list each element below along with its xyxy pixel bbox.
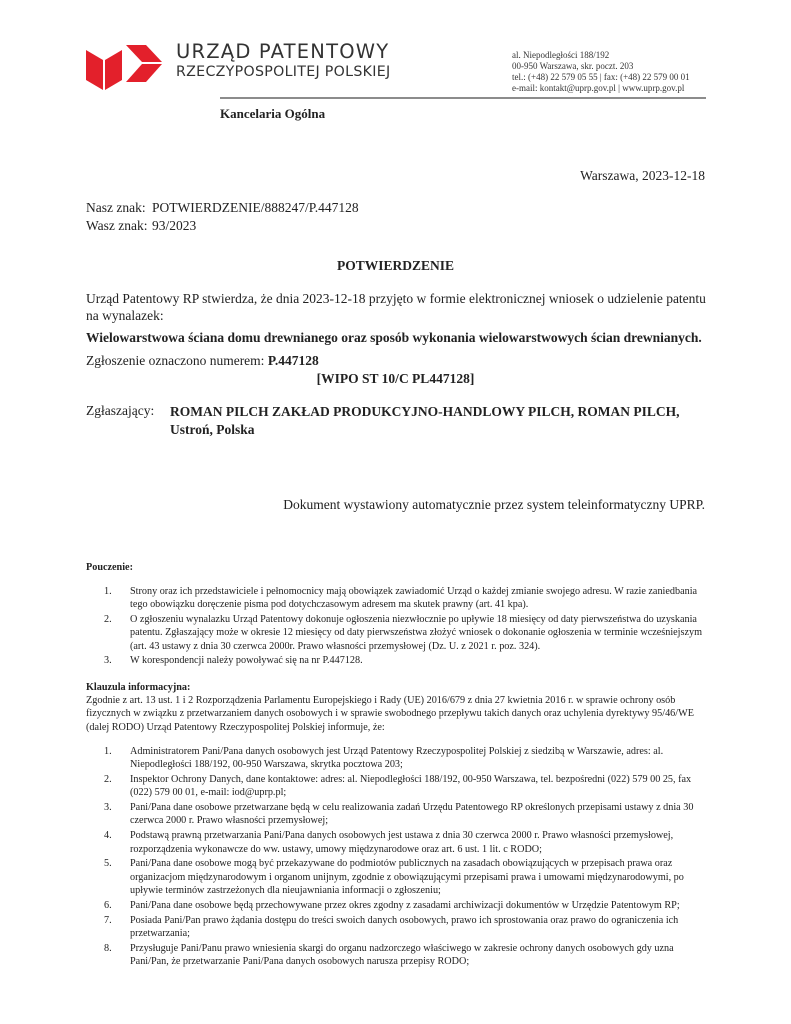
application-number-line: Zgłoszenie oznaczono numerem: P.447128 [86,353,319,369]
list-item: 6.Pani/Pana dane osobowe będą przechowyw… [86,899,711,912]
item-number: 5. [104,857,112,870]
your-ref-label: Wasz znak: [86,217,152,235]
item-text: Strony oraz ich przedstawiciele i pełnom… [130,586,697,610]
applicant: ROMAN PILCH ZAKŁAD PRODUKCYJNO-HANDLOWY … [170,403,710,439]
item-number: 2. [104,613,112,626]
klauzula-list: 1.Administratorem Pani/Pana danych osobo… [86,745,711,968]
list-item: 3.Pani/Pana dane osobowe przetwarzane bę… [86,801,711,828]
pouczenie-heading: Pouczenie: [86,561,133,574]
contact-block: al. Niepodległości 188/192 00-950 Warsza… [512,50,690,94]
contact-postal: 00-950 Warszawa, skr. poczt. 203 [512,61,690,72]
item-text: Inspektor Ochrony Danych, dane kontaktow… [130,774,691,798]
list-item: 3.W korespondencji należy powoływać się … [86,654,711,667]
our-ref-label: Nasz znak: [86,199,152,217]
reference-block: Nasz znak:POTWIERDZENIE/888247/P.447128 … [86,199,359,235]
klauzula-heading: Klauzula informacyjna: [86,681,190,694]
contact-email-web: e-mail: kontakt@uprp.gov.pl | www.uprp.g… [512,83,690,94]
applicant-label: Zgłaszający: [86,403,154,419]
item-number: 4. [104,829,112,842]
list-item: 2.Inspektor Ochrony Danych, dane kontakt… [86,773,711,800]
item-number: 3. [104,654,112,667]
application-number: P.447128 [268,353,319,368]
item-text: W korespondencji należy powoływać się na… [130,655,363,666]
item-number: 1. [104,585,112,598]
item-text: Przysługuje Pani/Panu prawo wniesienia s… [130,943,674,967]
list-item: 8.Przysługuje Pani/Panu prawo wniesienia… [86,942,711,969]
pouczenie-section: 1.Strony oraz ich przedstawiciele i pełn… [86,585,711,669]
item-number: 3. [104,801,112,814]
our-ref-value: POTWIERDZENIE/888247/P.447128 [152,200,359,215]
list-item: 1.Strony oraz ich przedstawiciele i pełn… [86,585,711,612]
list-item: 2.O zgłoszeniu wynalazku Urząd Patentowy… [86,613,711,653]
item-text: Administratorem Pani/Pana danych osobowy… [130,746,663,770]
contact-address: al. Niepodległości 188/192 [512,50,690,61]
contact-phone-fax: tel.: (+48) 22 579 05 55 | fax: (+48) 22… [512,72,690,83]
application-number-label: Zgłoszenie oznaczono numerem: [86,353,264,368]
item-text: Podstawą prawną przetwarzania Pani/Pana … [130,830,673,854]
place-date: Warszawa, 2023-12-18 [580,168,705,184]
applicant-name: ROMAN PILCH ZAKŁAD PRODUKCYJNO-HANDLOWY … [170,403,710,421]
uprp-logo-icon [84,40,164,90]
auto-generated-note: Dokument wystawiony automatycznie przez … [283,497,705,513]
item-number: 6. [104,899,112,912]
invention-title: Wielowarstwowa ściana domu drewnianego o… [86,330,726,346]
item-text: Pani/Pana dane osobowe mogą być przekazy… [130,858,684,896]
statement-paragraph: Urząd Patentowy RP stwierdza, że dnia 20… [86,290,711,324]
klauzula-intro: Zgodnie z art. 13 ust. 1 i 2 Rozporządze… [86,694,711,734]
item-text: Pani/Pana dane osobowe będą przechowywan… [130,900,680,911]
item-number: 2. [104,773,112,786]
list-item: 4.Podstawą prawną przetwarzania Pani/Pan… [86,829,711,856]
item-number: 1. [104,745,112,758]
item-number: 7. [104,914,112,927]
list-item: 7.Posiada Pani/Pan prawo żądania dostępu… [86,914,711,941]
department-name: Kancelaria Ogólna [220,106,325,122]
pouczenie-list: 1.Strony oraz ich przedstawiciele i pełn… [86,585,711,668]
wipo-code: [WIPO ST 10/C PL447128] [0,371,791,387]
item-number: 8. [104,942,112,955]
item-text: O zgłoszeniu wynalazku Urząd Patentowy d… [130,614,702,652]
brand-name-line2: RZECZYPOSPOLITEJ POLSKIEJ [176,64,390,80]
header-divider [220,97,706,99]
applicant-location: Ustroń, Polska [170,421,710,439]
document-title: POTWIERDZENIE [0,258,791,274]
list-item: 5.Pani/Pana dane osobowe mogą być przeka… [86,857,711,897]
item-text: Pani/Pana dane osobowe przetwarzane będą… [130,802,693,826]
your-ref-value: 93/2023 [152,218,196,233]
klauzula-section: 1.Administratorem Pani/Pana danych osobo… [86,745,711,970]
item-text: Posiada Pani/Pan prawo żądania dostępu d… [130,915,678,939]
list-item: 1.Administratorem Pani/Pana danych osobo… [86,745,711,772]
brand-name-line1: URZĄD PATENTOWY [176,40,389,63]
